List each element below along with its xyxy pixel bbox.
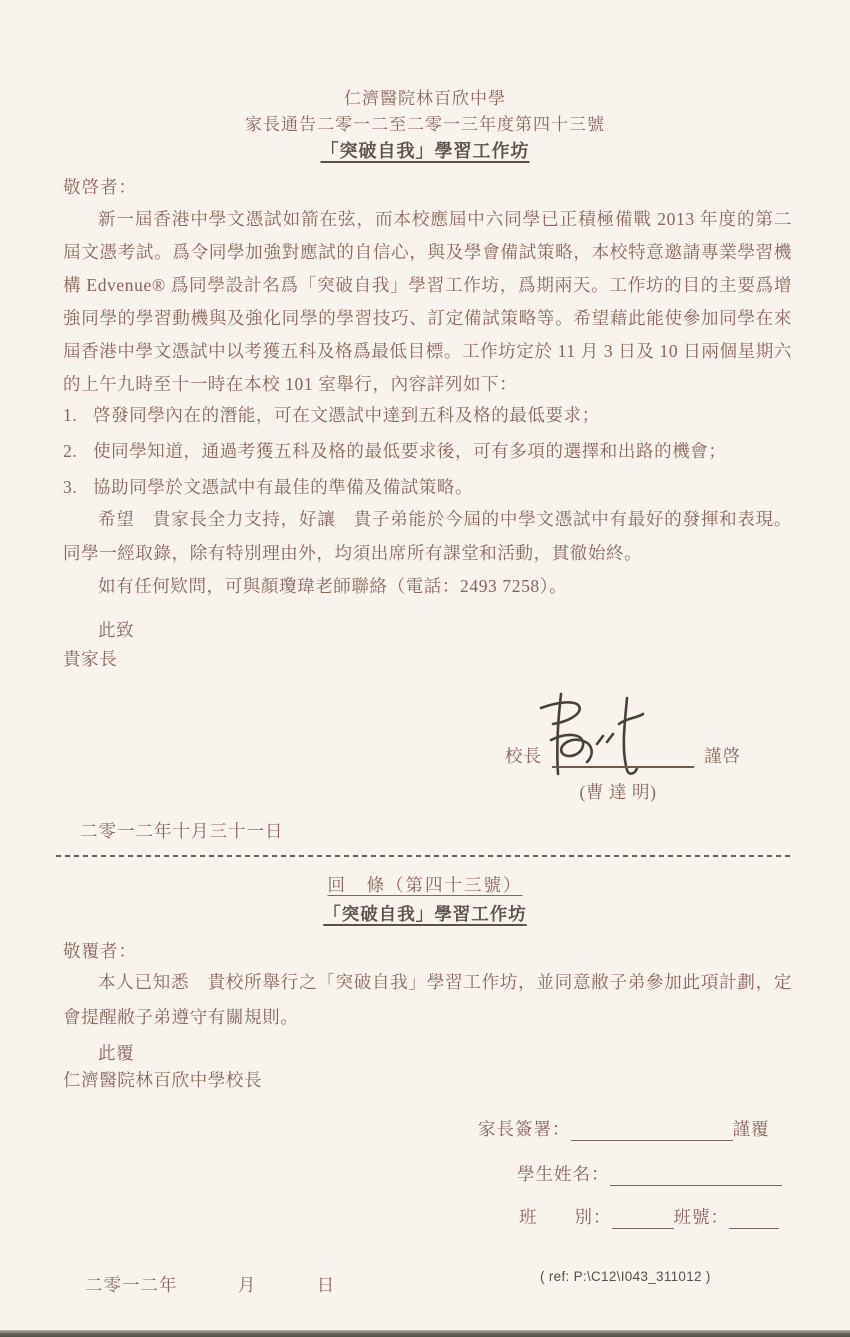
reply-slip-title: 「突破自我」學習工作坊	[323, 904, 527, 924]
notice-header: 仁濟醫院林百欣中學 家長通告二零一二至二零一三年度第四十三號 「突破自我」學習工…	[0, 86, 850, 164]
reply-month-label: 月	[238, 1275, 257, 1295]
cut-dashed-line	[56, 855, 794, 857]
student-name-label: 學生姓名：	[517, 1161, 610, 1186]
signature-line	[552, 742, 694, 768]
list-item-text: 使同學知道，通過考獲五科及格的最低要求後，可有多項的選擇和出路的機會；	[93, 433, 792, 469]
workshop-title: 「突破自我」學習工作坊	[0, 138, 850, 164]
parent-signature-row: 家長簽署： 謹覆	[478, 1116, 770, 1141]
reply-addressee: 仁濟醫院林百欣中學校長	[63, 1067, 262, 1092]
parent-signature-line	[571, 1120, 733, 1141]
school-name: 仁濟醫院林百欣中學	[0, 86, 850, 112]
support-paragraph: 希望 貴家長全力支持，好讓 貴子弟能於今屆的中學文憑試中有最好的發揮和表現。同學…	[63, 503, 792, 570]
contact-paragraph: 如有任何欵問，可與顏瓊瑋老師聯絡（電話：2493 7258）。	[63, 570, 792, 603]
scanned-notice-page: 仁濟醫院林百欣中學 家長通告二零一二至二零一三年度第四十三號 「突破自我」學習工…	[0, 0, 850, 1337]
parent-signature-label: 家長簽署：	[478, 1116, 571, 1141]
reply-slip-title-row: 「突破自我」學習工作坊	[0, 901, 850, 926]
list-item-number: 1.	[63, 397, 93, 433]
letter-date: 二零一二年十月三十一日	[80, 818, 284, 843]
list-item: 2. 使同學知道，通過考獲五科及格的最低要求後，可有多項的選擇和出路的機會；	[63, 433, 792, 469]
class-number-line	[729, 1208, 779, 1229]
scan-edge-shadow	[0, 1330, 850, 1337]
student-name-line	[610, 1165, 782, 1186]
reply-year-label: 二零一二年	[85, 1275, 178, 1295]
file-ref-note: ( ref: P:\C12\I043_311012 )	[540, 1269, 711, 1284]
reply-closing: 此覆	[98, 1040, 134, 1065]
signoff-suffix: 謹啓	[704, 743, 741, 768]
intro-paragraph: 新一屆香港中學文憑試如箭在弦，而本校應屆中六同學已正積極備戰 2013 年度的第…	[63, 203, 792, 401]
list-item-number: 3.	[63, 469, 93, 505]
parent-signature-suffix: 謹覆	[733, 1116, 770, 1141]
reply-salutation: 敬覆者：	[63, 938, 137, 963]
student-name-row: 學生姓名：	[517, 1161, 782, 1186]
class-label: 班 別：	[519, 1204, 612, 1229]
class-row: 班 別： 班號：	[519, 1204, 779, 1229]
reply-day-label: 日	[317, 1275, 336, 1295]
list-item-text: 啓發同學內在的潛能，可在文憑試中達到五科及格的最低要求；	[93, 397, 792, 433]
notice-number-line: 家長通告二零一二至二零一三年度第四十三號	[0, 112, 850, 138]
reply-body: 本人已知悉 貴校所舉行之「突破自我」學習工作坊，並同意敝子弟參加此項計劃，定會提…	[63, 965, 792, 1035]
list-item: 3. 協助同學於文憑試中有最佳的準備及備試策略。	[63, 469, 792, 505]
principal-handwritten-signature	[523, 688, 708, 783]
list-item: 1. 啓發同學內在的潛能，可在文憑試中達到五科及格的最低要求；	[63, 397, 792, 433]
class-line	[612, 1208, 674, 1229]
principal-name: (曹 達 明)	[547, 779, 689, 804]
signoff-row: 校長 謹啓	[505, 742, 741, 768]
signoff-role: 校長	[505, 743, 542, 768]
closing-phrase: 此致	[98, 617, 134, 642]
list-item-number: 2.	[63, 433, 93, 469]
objective-list: 1. 啓發同學內在的潛能，可在文憑試中達到五科及格的最低要求； 2. 使同學知道…	[63, 397, 792, 505]
list-item-text: 協助同學於文憑試中有最佳的準備及備試策略。	[93, 469, 792, 505]
letter-salutation: 敬啓者：	[63, 174, 137, 199]
reply-slip-number: 回 條（第四十三號）	[328, 875, 523, 895]
reply-date-row: 二零一二年 月 日	[85, 1272, 335, 1297]
reply-slip-heading: 回 條（第四十三號）	[0, 872, 850, 897]
recipient: 貴家長	[63, 646, 117, 671]
class-number-label: 班號：	[674, 1204, 730, 1229]
